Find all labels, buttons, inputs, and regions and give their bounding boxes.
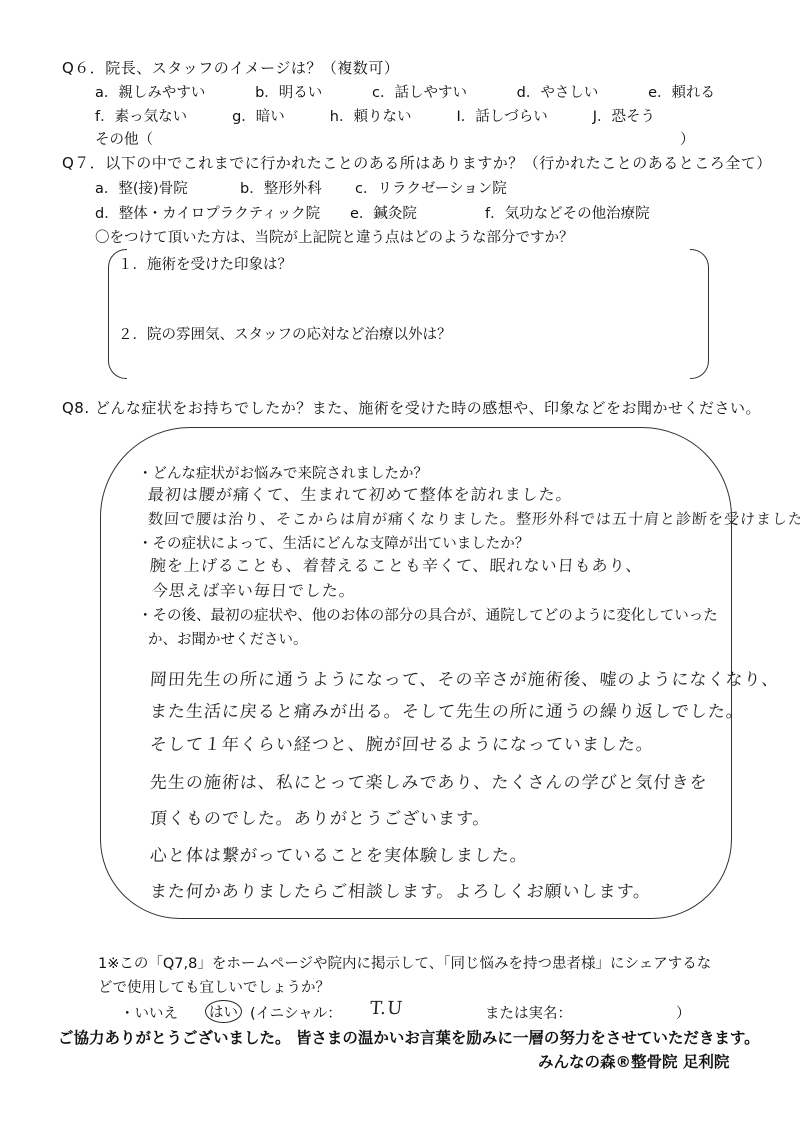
q8-answer3-line2: また生活に戻ると痛みが出る。そして先生の所に通うの繰り返しでした。: [149, 697, 745, 722]
q6-option-j[interactable]: J．恐そう: [593, 105, 655, 126]
q8-prompt1: ・どんな症状がお悩みで来院されましたか？: [138, 462, 428, 483]
q6-option-i[interactable]: I．話しづらい: [456, 105, 547, 126]
q7-option-a[interactable]: a．整(接)骨院: [95, 177, 188, 198]
q6-option-f[interactable]: f．素っ気ない: [95, 105, 187, 126]
consent-yes-option[interactable]: はい: [205, 1000, 242, 1023]
q7-sub2: ２．院の雰囲気、スタッフの応対など治療以外は？: [118, 323, 452, 344]
q6-option-a[interactable]: a．親しみやすい: [95, 81, 205, 102]
q7-option-c[interactable]: c．リラクゼーション院: [355, 177, 507, 198]
q6-option-d[interactable]: d．やさしい: [517, 81, 599, 102]
q8-prompt2: ・その症状によって、生活にどんな支障が出ていましたか？: [138, 532, 529, 553]
consent-close-paren: ）: [676, 1002, 691, 1023]
q6-options-row2: f．素っ気ない g．暗い h．頼りない I．話しづらい J．恐そう: [95, 105, 655, 126]
q7-option-e[interactable]: e．鍼灸院: [350, 202, 417, 223]
q8-answer3-line5: 頂くものでした。ありがとうございます。: [149, 804, 491, 829]
q6-option-b[interactable]: b．明るい: [255, 81, 322, 102]
q7-title: Q７．以下の中でこれまでに行かれたことのある所はありますか？（行かれたことのある…: [62, 152, 772, 173]
q8-prompt3b: か、お聞かせください。: [148, 628, 308, 649]
q8-answer2-line2: 今思えば辛い毎日でした。: [151, 578, 357, 601]
q6-option-c[interactable]: c．話しやすい: [372, 81, 467, 102]
q8-answer3-line4: 先生の施術は、私にとって楽しみであり、たくさんの学びと気付きを: [149, 768, 708, 793]
q6-other-close: ）: [680, 128, 695, 149]
consent-question-line1: 1※この「Q7,8」をホームページや院内に掲示して、「同じ悩みを持つ患者様」にシ…: [98, 952, 711, 973]
q6-option-h[interactable]: h．頼りない: [330, 105, 412, 126]
q7-sub1: １．施術を受けた印象は？: [118, 253, 292, 274]
q6-options-row1: a．親しみやすい b．明るい c．話しやすい d．やさしい e．頼れる: [95, 81, 715, 102]
q8-title: Q8. どんな症状をお持ちでしたか？また、施術を受けた時の感想や、印象などをお聞…: [62, 397, 761, 418]
q7-followup: 〇をつけて頂いた方は、当院が上記院と違う点はどのような部分ですか？: [95, 226, 574, 247]
q8-answer3-line1: 岡田先生の所に通うようになって、その辛さが施術後、嘘のようになくなり、: [149, 665, 780, 690]
consent-realname-label: または実名：: [485, 1002, 572, 1023]
q8-answer3-line7: また何かありましたらご相談します。よろしくお願いします。: [149, 877, 652, 902]
consent-yes-selected-circle: はい: [205, 1000, 242, 1023]
q8-answer1-line2: 数回で腰は治り、そこからは肩が痛くなりました。整形外科では五十肩と診断を受けまし…: [147, 508, 800, 529]
consent-initial-value[interactable]: T.U: [369, 998, 404, 1019]
q8-answer3-line3: そして１年くらい経つと、腕が回せるようになっていました。: [149, 730, 655, 755]
q7-option-b[interactable]: b．整形外科: [240, 177, 322, 198]
footer-clinic-name: みんなの森®整骨院 足利院: [538, 1050, 729, 1072]
q8-answer1-line1: 最初は腰が痛くて、生まれて初めて整体を訪れました。: [147, 482, 573, 505]
q7-answer-bracket-right: [690, 249, 709, 379]
q6-other-label: その他（: [95, 128, 153, 149]
consent-no-option[interactable]: ・いいえ: [120, 1002, 178, 1023]
consent-initial-label: (イニシャル：: [250, 1002, 342, 1023]
q6-option-g[interactable]: g．暗い: [232, 105, 285, 126]
q6-option-e[interactable]: e．頼れる: [648, 81, 715, 102]
q8-answer3-line6: 心と体は繋がっていることを実体験しました。: [149, 841, 529, 866]
q7-option-f[interactable]: f．気功などその他治療院: [485, 202, 650, 223]
q6-title: Q６．院長、スタッフのイメージは？（複数可）: [62, 57, 399, 78]
q8-prompt3a: ・その後、最初の症状や、他のお体の部分の具合が、通院してどのように変化していった: [138, 604, 718, 625]
footer-thanks: ご協力ありがとうございました。 皆さまの温かいお言葉を励みに一層の努力をさせてい…: [58, 1026, 760, 1048]
q7-option-d[interactable]: d．整体・カイロプラクティック院: [95, 202, 320, 223]
consent-question-line2: どで使用しても宜しいでしょうか？: [98, 976, 330, 997]
q8-answer2-line1: 腕を上げることも、着替えることも辛くて、眠れない日もあり、: [149, 553, 643, 576]
